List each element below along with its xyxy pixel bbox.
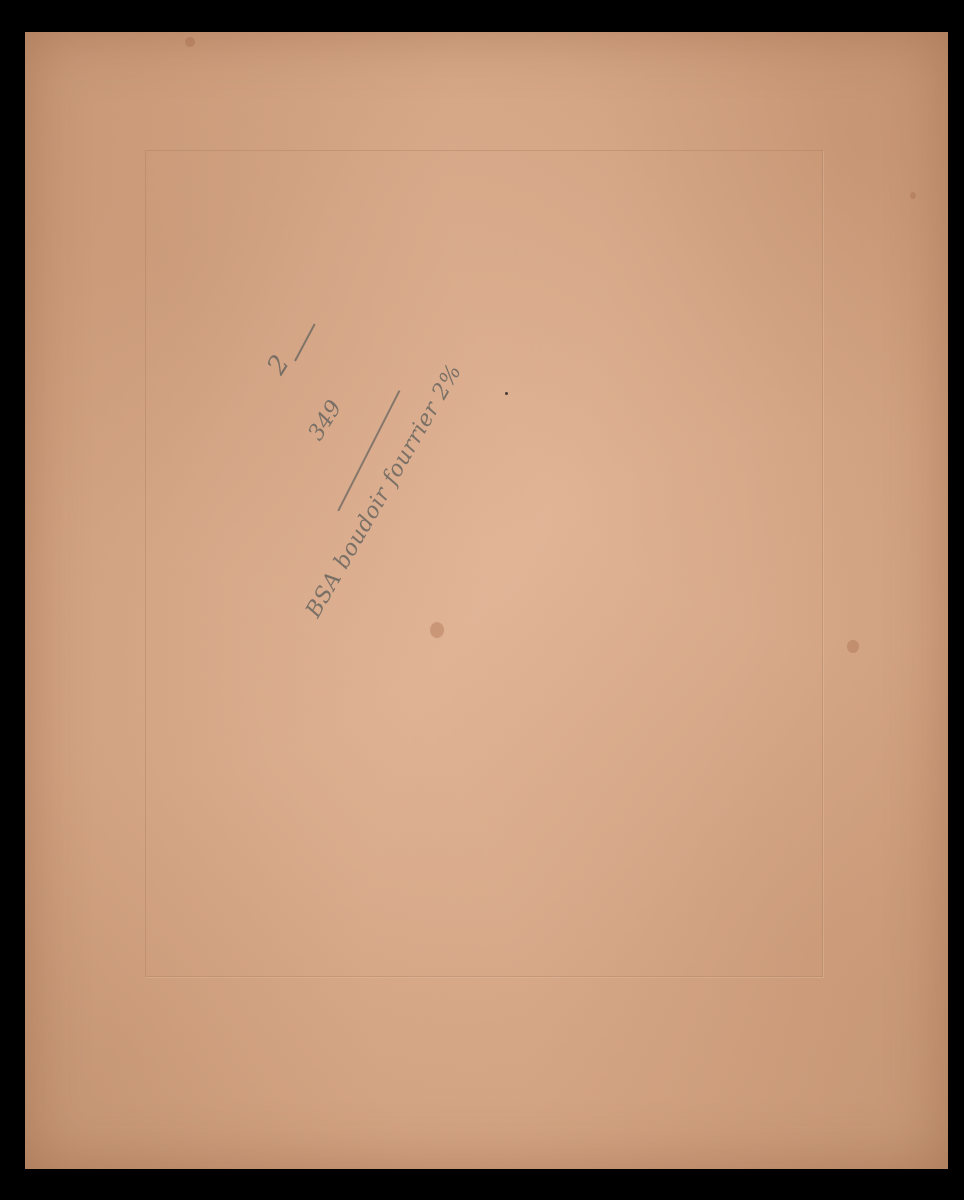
inscription-denominator: 349 [304, 396, 347, 445]
photo-frame: 2 349 BSA boudoir fourrier 2% [0, 0, 964, 1200]
inscription-numerator: 2 [262, 350, 296, 380]
inscription-slash [294, 323, 315, 361]
paper-sheet: 2 349 BSA boudoir fourrier 2% [25, 32, 948, 1169]
pencil-inscriptions: 2 349 BSA boudoir fourrier 2% [25, 32, 948, 1169]
